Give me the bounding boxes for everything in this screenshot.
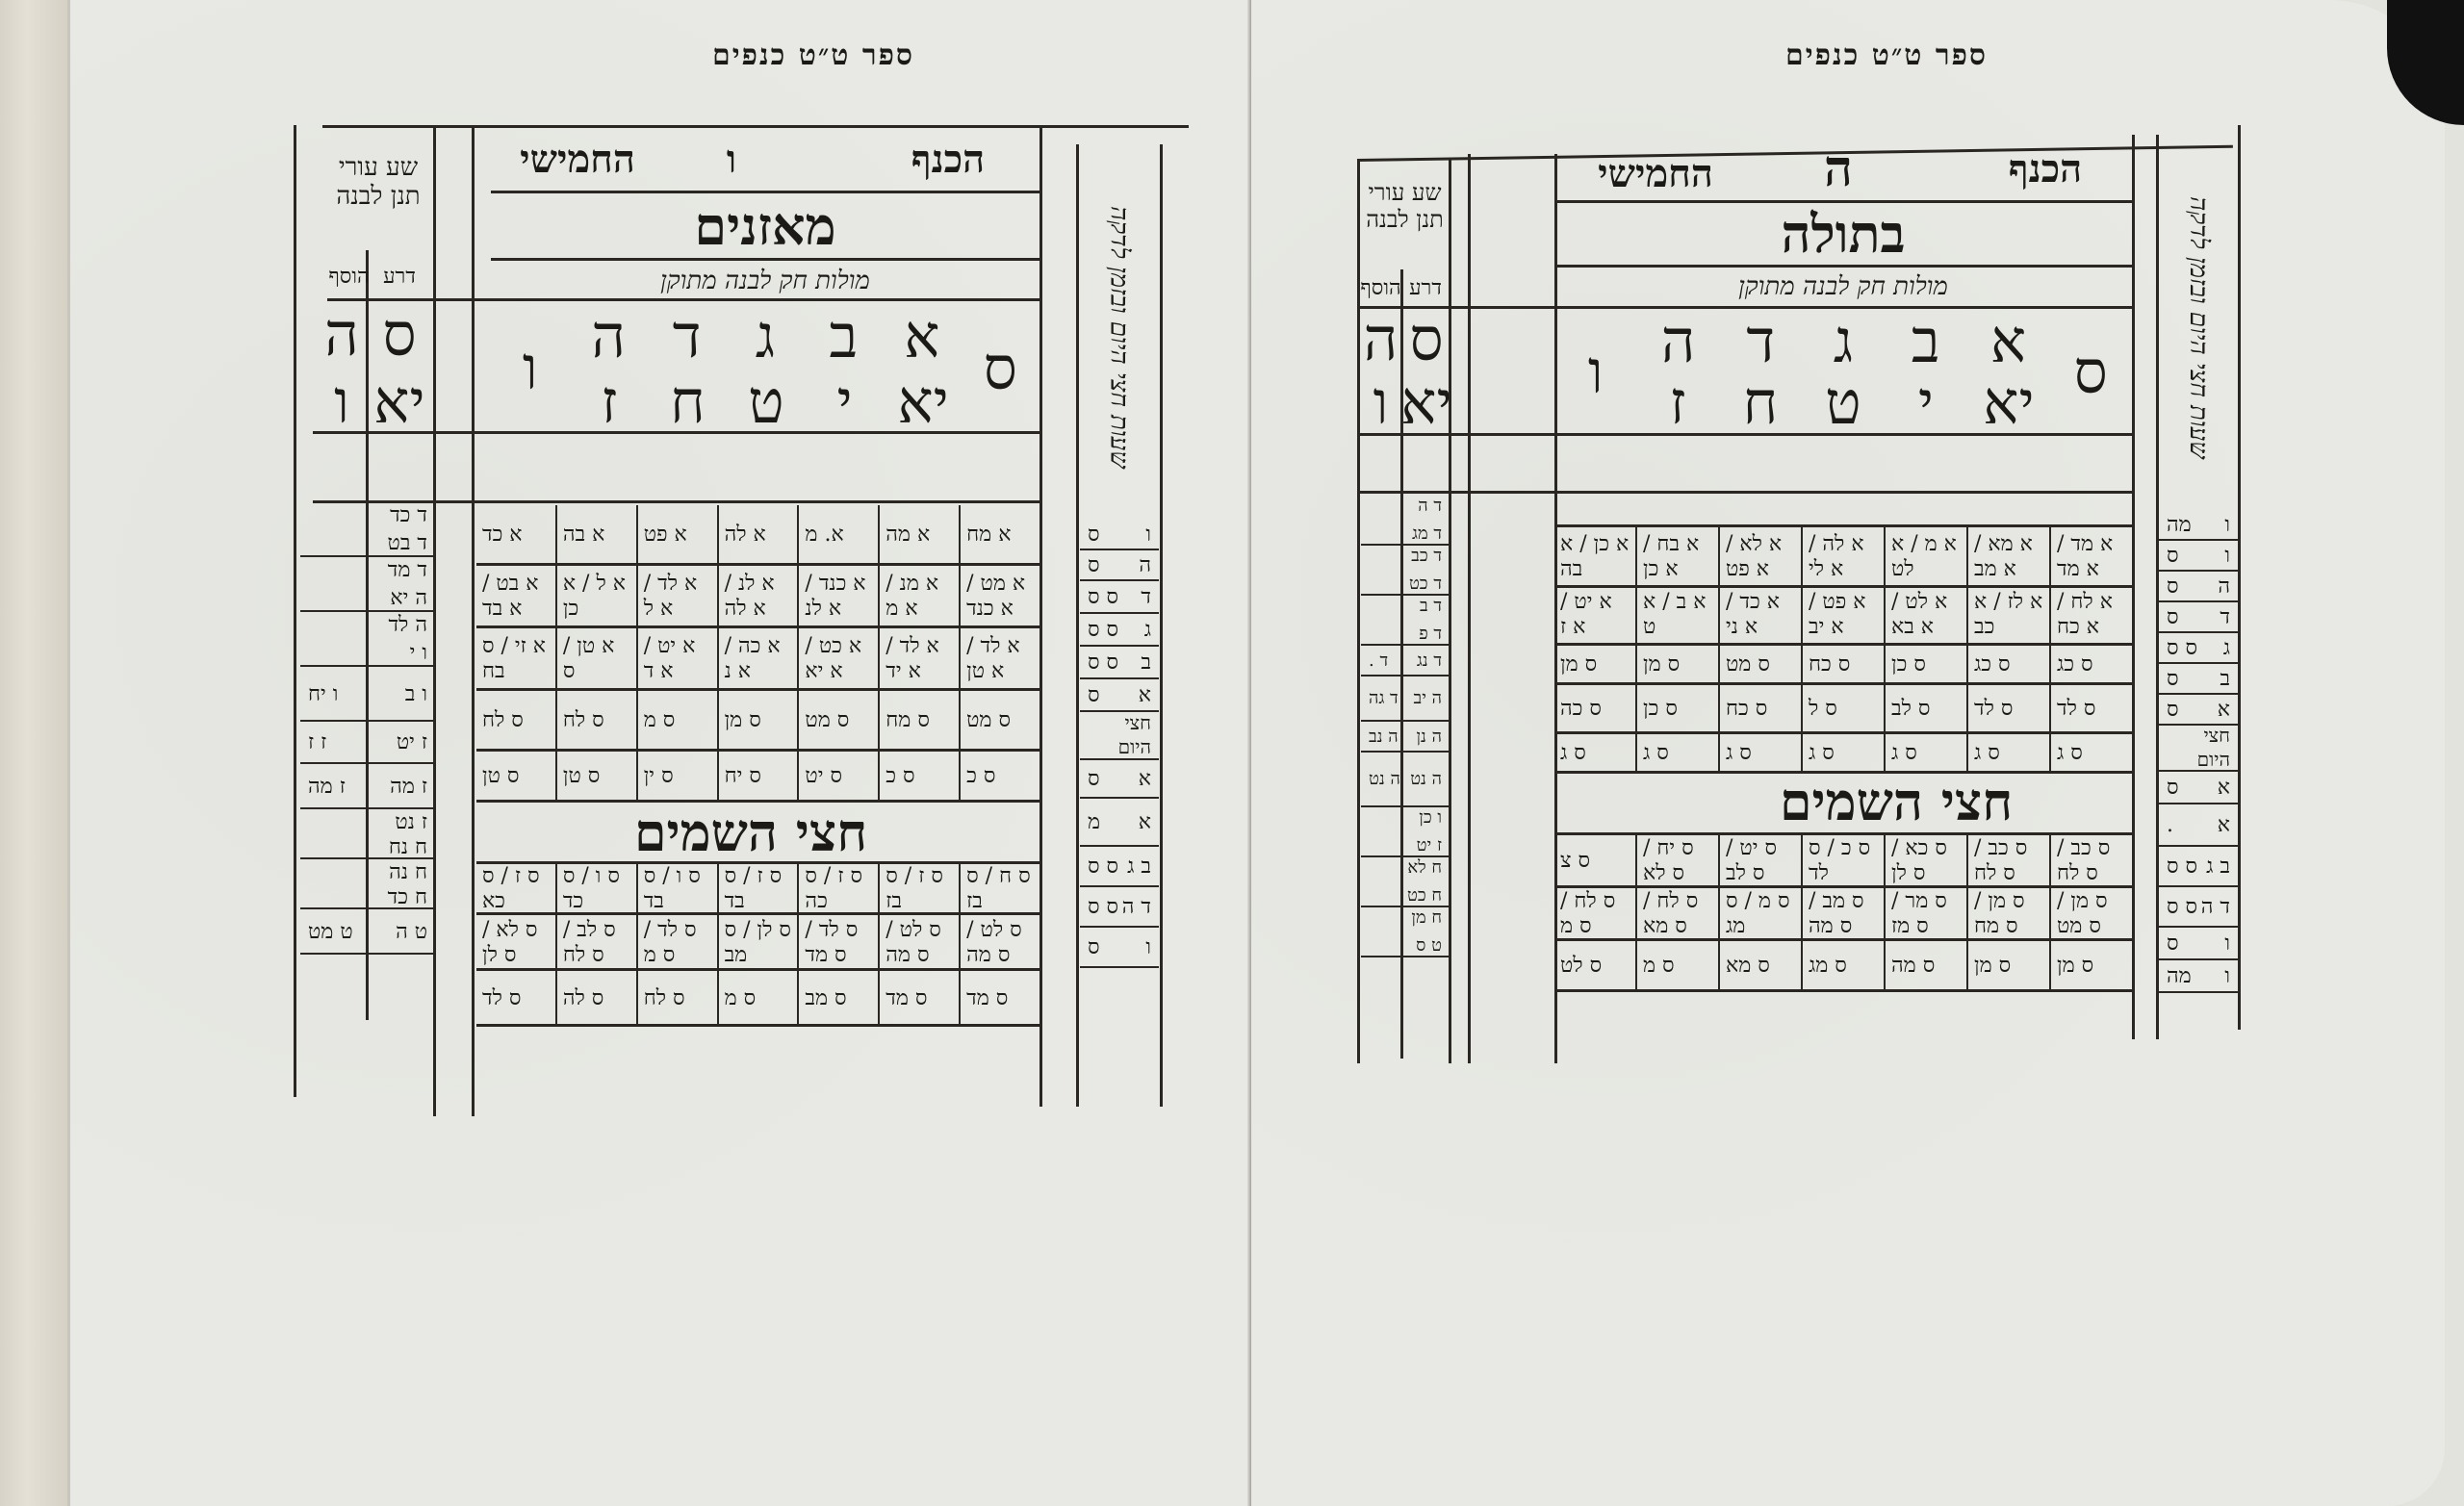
data-cell: ס כב / ס לח [2049, 835, 2132, 885]
right-side-header-add: הוסף [1359, 271, 1402, 306]
data-cell: ס ג [1554, 734, 1635, 771]
hours-cell: דס ס [1080, 581, 1159, 614]
hour-value: מ [1088, 809, 1100, 834]
data-cell: ס לח [476, 691, 555, 749]
degree-value: ד ה [1369, 496, 1442, 516]
hours-cell: אס [1080, 760, 1159, 799]
hour-value: ס [1088, 682, 1100, 707]
letter-cell: ס [2049, 310, 2132, 435]
hours-cell: אמ [1080, 799, 1159, 847]
degree-cell: ד כדד בט [300, 502, 435, 557]
left-hours-column: וס הס דס ס גס ס בס ס אס חצי היום אס אמ ב… [1080, 520, 1159, 968]
data-cell: ס מב / ס מה [1801, 888, 1884, 938]
letter-cell: ז [570, 370, 649, 433]
degree-value: ה נב [1369, 727, 1399, 747]
hour-label: ב [2220, 666, 2230, 691]
letter-cell: ס [962, 303, 1039, 433]
data-cell: ס ג [1884, 734, 1966, 771]
right-side-label: שע עורי תנן לבנה [1359, 154, 1450, 260]
hours-cell: וס [2159, 541, 2238, 572]
degree-value: ח מן [1369, 907, 1442, 928]
data-cell: א ב / א ט [1635, 585, 1718, 643]
right-hours-column: ומה וס הס דס גס ס בס אס חצי היום אס א. ב… [2159, 510, 2238, 993]
hour-value: ס [2167, 666, 2179, 691]
degree-value: ח כד [308, 884, 427, 909]
data-cell: א כן / א בה [1554, 527, 1635, 585]
data-cell: א מח [959, 505, 1039, 563]
degree-value: ז ז [308, 729, 326, 754]
hour-value: ס [2167, 931, 2179, 956]
degree-cell: ד מדה יא [300, 557, 435, 612]
hours-cell: ב גס ס [2159, 847, 2238, 887]
hour-label: ד [2220, 604, 2230, 629]
left-subtitle: מולות חק לבנה מתוקן [491, 262, 1039, 300]
data-cell: ס מן [1635, 646, 1718, 682]
degree-value: ח נה [308, 859, 427, 884]
divider [313, 431, 1039, 434]
data-cell: ס ג [1801, 734, 1884, 771]
degree-cell: ח מןט ס [1361, 907, 1450, 957]
letter-cell: ט [727, 370, 806, 433]
data-cell: א פט [636, 505, 717, 563]
right-midheaven-row: ס כב / ס לח ס כב / ס לח ס כא / ס לן ס כ … [1554, 835, 2132, 888]
data-cell: א לד / א ל [636, 566, 717, 625]
degree-value: ו ב [405, 681, 427, 706]
data-cell: ס לב / ס לח [555, 915, 636, 968]
degree-cell: ז יטז ז [300, 722, 435, 764]
data-cell: ס כג [1966, 646, 2049, 682]
right-sidecol2-right-border [2238, 125, 2241, 1030]
data-cell: ס טן [476, 752, 555, 800]
divider [1359, 433, 2132, 436]
hour-value: ס [1088, 522, 1100, 547]
degree-cell: ו בו יח [300, 667, 435, 722]
degree-value: ח לא [1369, 857, 1442, 878]
hour-value: ס ס [1088, 584, 1118, 609]
degree-cell: ח נהח כד [300, 859, 435, 909]
data-cell: ס לד / ס מ [636, 915, 717, 968]
left-hours-column-header: שעות חצי היום ובזמן לדקה [1083, 164, 1155, 510]
hour-value: ס [2167, 574, 2179, 599]
data-cell: ס מ [717, 971, 798, 1024]
hour-label: ג [1144, 617, 1151, 642]
degree-value: ד כב [1369, 546, 1442, 566]
hour-value: ס ס [2167, 854, 2197, 879]
data-cell: ס לד [2049, 685, 2132, 731]
degree-value: ח נח [308, 834, 427, 859]
data-cell: א לה [717, 505, 798, 563]
hour-label: ו [1145, 934, 1151, 959]
data-cell: ס מד [878, 971, 959, 1024]
left-midheaven-row: ס מד ס מד ס מב ס מ ס לח ס לה ס לד [476, 971, 1039, 1027]
hours-cell: וס [1080, 928, 1159, 968]
letter-cell: יא [1967, 373, 2050, 433]
right-main-right-border [2132, 135, 2135, 1039]
letter-cell: ב [1885, 310, 1967, 372]
right-letter-row-2: יא י ט ח ז [1636, 373, 2050, 433]
data-cell: א כנד / א לנ [797, 566, 878, 625]
side-letter: יא [1402, 373, 1450, 433]
data-cell: א כד [476, 505, 555, 563]
degree-value: ה נן [1416, 727, 1442, 747]
data-cell: א לח / א כח [2049, 585, 2132, 643]
side-letter: יא [371, 370, 428, 433]
left-data-row: א מח א מה א. מ א לה א פט א בה א כד [476, 505, 1039, 566]
data-cell: א מא / א מב [1966, 527, 2049, 585]
degree-cell: ה נטה נט [1361, 753, 1450, 807]
degree-value: ד פ [1369, 624, 1442, 644]
hour-label: ו [2224, 512, 2230, 537]
degree-value: ז יט [1369, 835, 1442, 855]
right-wing-label: הכנף [1963, 140, 2127, 197]
right-midheaven-row: ס מן ס מן ס מה ס מג ס מא ס מ ס לט [1554, 941, 2132, 992]
data-cell: ס כ / ס לד [1801, 835, 1884, 885]
data-cell: א לז / א כב [1966, 585, 2049, 643]
hour-label: ד [1141, 584, 1151, 609]
hour-value: ס [2167, 775, 2179, 800]
data-cell: ס כ [878, 752, 959, 800]
data-cell: ס לט / ס מה [959, 915, 1039, 968]
side-letter: ו [313, 370, 371, 433]
data-cell: ס מט [1718, 646, 1801, 682]
hours-cell: ד הס ס [1080, 887, 1159, 928]
hours-cell: אס [2159, 695, 2238, 726]
right-side-header-deg: דרע [1402, 271, 1449, 306]
data-cell: א כט / א יא [797, 628, 878, 688]
hour-value: ס [2167, 604, 2179, 629]
degree-value: ד נג [1417, 651, 1442, 671]
degree-cell: ד בד פ [1361, 596, 1450, 646]
hour-value: מה [2167, 963, 2192, 988]
letter-cell: ו [491, 303, 569, 433]
data-cell: ס מב [797, 971, 878, 1024]
degree-value: ד מג [1369, 523, 1442, 544]
hour-label: ד ה [2201, 894, 2230, 919]
right-data-row: ס לד ס לד ס לב ס ל ס כח ס כן ס כה [1554, 685, 2132, 734]
hours-cell: חצי היום [2159, 726, 2238, 772]
data-cell: ס כה [1554, 685, 1635, 731]
left-side-label: שע עורי תנן לבנה [325, 135, 431, 231]
left-main-left-border [472, 125, 475, 1116]
hour-value: ס [1088, 934, 1100, 959]
right-data-row: א לח / א כח א לז / א כב א לט / א בא א פט… [1554, 585, 2132, 646]
data-cell: א לט / א בא [1884, 585, 1966, 643]
data-cell: ס מה [1884, 941, 1966, 989]
letter-cell: ג [1802, 310, 1885, 372]
data-cell: א בח / א כן [1635, 527, 1718, 585]
data-cell: ס יט / ס לב [1718, 835, 1801, 885]
right-sign-title: בתולה [1554, 202, 2132, 265]
degree-value: ז מה [390, 774, 427, 799]
data-cell: ס מן / ס מח [1966, 888, 2049, 938]
data-cell: א. מ [797, 505, 878, 563]
data-cell: ס כג [2049, 646, 2132, 682]
data-cell: ס ג [2049, 734, 2132, 771]
hours-cell: חצי היום [1080, 712, 1159, 760]
degree-cell: ד הד מג [1361, 496, 1450, 546]
data-cell: ס לט / ס מה [878, 915, 959, 968]
hour-label: א [1139, 766, 1151, 791]
data-cell: ס מד [959, 971, 1039, 1024]
letter-cell: ב [805, 303, 883, 370]
data-cell: ס מ / ס מג [1718, 888, 1801, 938]
hour-label: א [2218, 775, 2230, 800]
data-cell: ס כן [1635, 685, 1718, 731]
hour-label: ב ג [1127, 854, 1151, 879]
data-cell: א טן / ס [555, 628, 636, 688]
data-cell: ס מן / ס מט [2049, 888, 2132, 938]
data-cell: ס לה [555, 971, 636, 1024]
degree-value: ד כד [308, 502, 427, 527]
data-cell: ס לד [1966, 685, 2049, 731]
degree-value: ד בט [308, 530, 427, 555]
hour-label: א [1139, 682, 1151, 707]
data-cell: א פט / א יב [1801, 585, 1884, 643]
degree-value: ז נט [308, 809, 427, 834]
right-hours-column-header: שעות חצי היום ובזמן לדקה [2161, 154, 2236, 500]
side-letter: ה [313, 303, 371, 366]
data-cell: ס מח [878, 691, 959, 749]
hour-label: ב [1141, 650, 1151, 675]
hour-value: ס [1088, 766, 1100, 791]
book-spread: ספר ט״ט כנפים הכנף ו החמישי שע עורי תנן … [0, 0, 2464, 1506]
data-cell: ס מ [1635, 941, 1718, 989]
data-cell: ס ו / ס כד [555, 864, 636, 912]
data-cell: ס כ [959, 752, 1039, 800]
data-cell: ס מן [2049, 941, 2132, 989]
degree-value: ה לד [308, 612, 427, 637]
degree-cell: ד כבד כט [1361, 546, 1450, 596]
data-cell: ס ז / ס כא [476, 864, 555, 912]
data-cell: ס ח / ס בז [959, 864, 1039, 912]
hour-label: ה [1139, 552, 1151, 577]
left-table-leftmost-border [294, 125, 296, 1097]
degree-cell: ז נטח נח [300, 809, 435, 859]
hours-cell: גס ס [1080, 614, 1159, 647]
degree-value: ו י [308, 640, 427, 665]
letter-cell: י [1885, 373, 1967, 433]
data-cell: א לד / א טן [959, 628, 1039, 688]
letter-cell: ז [1636, 373, 1719, 433]
data-cell: א כד / א ני [1718, 585, 1801, 643]
data-cell: ס מט [797, 691, 878, 749]
left-letter-row-2: יא י ט ח ז [570, 370, 962, 433]
data-cell: א מה [878, 505, 959, 563]
data-cell: ס כח [1718, 685, 1801, 731]
right-wing-letter: ה [1800, 135, 1877, 202]
data-cell: ס מן [1966, 941, 2049, 989]
side-letter: ס [1402, 310, 1450, 370]
data-cell: ס לא / ס לן [476, 915, 555, 968]
hour-value: ס ס [1088, 894, 1118, 919]
left-data-row: א לד / א טן א לד / א יד א כט / א יא א כה… [476, 628, 1039, 691]
left-side-header-deg: דרע [371, 258, 428, 296]
degree-value: ה יא [308, 585, 427, 610]
hours-cell: הס [2159, 572, 2238, 602]
hour-label: א [1139, 809, 1151, 834]
right-midheaven-title: חצי השמים [1713, 770, 2079, 832]
data-cell: א לנ / א לה [717, 566, 798, 625]
data-cell: ס לב [1884, 685, 1966, 731]
letter-cell: י [806, 370, 885, 433]
data-cell: ס כא / ס לן [1884, 835, 1966, 885]
letter-cell: ט [1802, 373, 1885, 433]
left-midheaven-row: ס לט / ס מה ס לט / ס מה ס לד / ס מד ס לן… [476, 915, 1039, 971]
hours-cell: ב גס ס [1080, 847, 1159, 887]
right-subtitle: מולות חק לבנה מתוקן [1554, 268, 2132, 306]
hour-value: ס ס [1088, 854, 1118, 879]
degree-value: ט ס [1369, 935, 1442, 956]
hour-value: ס ס [2167, 635, 2197, 660]
degree-value: ח כט [1369, 885, 1442, 906]
data-cell: א מ / א לט [1884, 527, 1966, 585]
data-cell: ס לח / ס מ [1554, 888, 1635, 938]
left-sidecol2-right-border [1160, 144, 1163, 1107]
degree-value: ה נט [1410, 769, 1442, 789]
data-cell: א זי / ס בח [476, 628, 555, 688]
left-sidecol2-left-border [1076, 144, 1079, 1107]
hours-cell: א. [2159, 804, 2238, 847]
data-cell: א בה [555, 505, 636, 563]
data-cell: ס ין [636, 752, 717, 800]
left-running-head: ספר ט״ט כנפים [712, 38, 914, 72]
hours-cell: הס [1080, 550, 1159, 581]
letter-cell: ה [569, 303, 647, 370]
data-cell: ס מג [1801, 941, 1884, 989]
degree-value: ז יט [397, 729, 427, 754]
hours-cell: ד הס ס [2159, 887, 2238, 928]
right-data-row: ס ג ס ג ס ג ס ג ס ג ס ג ס ג [1554, 734, 2132, 774]
data-cell: ס יח / ס לא [1635, 835, 1718, 885]
left-side-header-add: הוסף [322, 258, 375, 296]
data-cell: ס ו / ס בד [636, 864, 717, 912]
data-cell: ס ז / ס בז [878, 864, 959, 912]
hour-label: ג [2223, 635, 2230, 660]
letter-cell: ה [1637, 310, 1720, 372]
degree-cell: ז מהז מה [300, 764, 435, 809]
letter-cell: ח [649, 370, 728, 433]
degree-value: ו כן [1369, 807, 1442, 828]
degree-value: ט מט [308, 919, 353, 944]
degree-value: ד כט [1369, 574, 1442, 594]
right-wing-ordinal: החמישי [1569, 144, 1742, 202]
left-main-right-border [1039, 125, 1042, 1107]
right-data-row: ס כג ס כג ס כן ס כח ס מט ס מן ס מן [1554, 646, 2132, 685]
right-main-left-border [1468, 154, 1471, 1063]
data-cell: א מד / א מד [2049, 527, 2132, 585]
right-midheaven-row: ס מן / ס מט ס מן / ס מח ס מר / ס מז ס מב… [1554, 888, 2132, 941]
data-cell: א לא / א פט [1718, 527, 1801, 585]
left-data-row: ס מט ס מח ס מט ס מן ס מ ס לח ס לח [476, 691, 1039, 752]
data-cell: א לה / א לי [1801, 527, 1884, 585]
data-cell: ס מן [1554, 646, 1635, 682]
letter-cell: יא [884, 370, 962, 433]
data-cell: א לד / א יד [878, 628, 959, 688]
data-cell: ס מ [636, 691, 717, 749]
data-cell: ס לח [555, 691, 636, 749]
letter-cell: ד [648, 303, 726, 370]
degree-cell: ח לאח כט [1361, 857, 1450, 907]
letter-cell: ד [1719, 310, 1802, 372]
hours-cell: אס [2159, 772, 2238, 804]
side-letter: ה [1359, 310, 1402, 370]
left-data-row: א מט / א כנד א מנ / א מ א כנד / א לנ א ל… [476, 566, 1039, 628]
left-data-row: ס כ ס כ ס יט ס יח ס ין ס טן ס טן [476, 752, 1039, 803]
data-cell: א בט / א בד [476, 566, 555, 625]
left-midheaven-row: ס ח / ס בז ס ז / ס בז ס ז / ס כה ס ז / ס… [476, 864, 1039, 915]
data-cell: ס ז / ס כה [797, 864, 878, 912]
hour-value: מה [2167, 512, 2192, 537]
data-cell: ס לד [476, 971, 555, 1024]
hour-label: ד ה [1122, 894, 1151, 919]
hours-cell: ומה [2159, 960, 2238, 993]
data-cell: ס כב / ס לח [1966, 835, 2049, 885]
hour-label: ה [2218, 574, 2230, 599]
left-sign-title: מאזנים [491, 192, 1039, 260]
data-cell: א מט / א כנד [959, 566, 1039, 625]
hour-label: ו [1145, 522, 1151, 547]
degree-value: ט ה [396, 919, 427, 944]
degree-value: ד ב [1369, 596, 1442, 616]
left-wing-label: הכנף [866, 130, 1030, 188]
side-letter: ס [371, 303, 428, 366]
data-cell: א כה / א נ [717, 628, 798, 688]
data-cell: ס לן / ס מב [717, 915, 798, 968]
hours-cell: דס [2159, 602, 2238, 633]
data-cell: ס לד / ס מד [797, 915, 878, 968]
data-cell: א יט / א ד [636, 628, 717, 688]
degree-value: ה נט [1369, 769, 1400, 789]
page-edges [0, 0, 67, 1506]
hour-value: ס ס [1088, 617, 1118, 642]
right-running-head: ספר ט״ט כנפים [1785, 38, 1988, 72]
right-data-row: א מד / א מד א מא / א מב א מ / א לט א לה … [1554, 524, 2132, 588]
data-cell: ס כח [1801, 646, 1884, 682]
data-cell: ס מר / ס מז [1884, 888, 1966, 938]
hour-value: ס [1088, 552, 1100, 577]
hours-cell: אס [1080, 679, 1159, 712]
letter-cell: א [1967, 310, 2050, 372]
hour-label: ו [2224, 931, 2230, 956]
data-cell: ס צ [1554, 835, 1635, 885]
left-table-top-border [322, 125, 1189, 128]
hour-label: א [2218, 697, 2230, 722]
data-cell: א ל / א כן [555, 566, 636, 625]
data-cell: ס טן [555, 752, 636, 800]
data-cell: ס ז / ס בד [717, 864, 798, 912]
hour-label: חצי היום [1088, 711, 1151, 759]
hour-value: ס ס [1088, 650, 1118, 675]
hours-cell: וס [2159, 928, 2238, 960]
hour-label: א [2218, 812, 2230, 837]
degree-value: ז מה [308, 774, 346, 799]
divider [1359, 491, 2132, 494]
degree-cell: ד נגד . [1361, 646, 1450, 676]
degree-value: ה יב [1414, 688, 1442, 708]
data-cell: ס ג [1966, 734, 2049, 771]
degree-value: ד מד [308, 557, 427, 582]
degree-cell: ה לדו י [300, 612, 435, 667]
hour-label: ו [2224, 963, 2230, 988]
left-degrees-column: ד כדד בט ד מדה יא ה לדו י ו בו יח ז יטז … [300, 502, 435, 955]
data-cell: ס מא [1718, 941, 1801, 989]
hour-label: חצי היום [2167, 724, 2230, 772]
degree-value: ו יח [308, 681, 338, 706]
degree-cell: ה נןה נב [1361, 722, 1450, 753]
hour-label: ב ג [2206, 854, 2230, 879]
data-cell: ס יח [717, 752, 798, 800]
letter-cell: ג [726, 303, 804, 370]
